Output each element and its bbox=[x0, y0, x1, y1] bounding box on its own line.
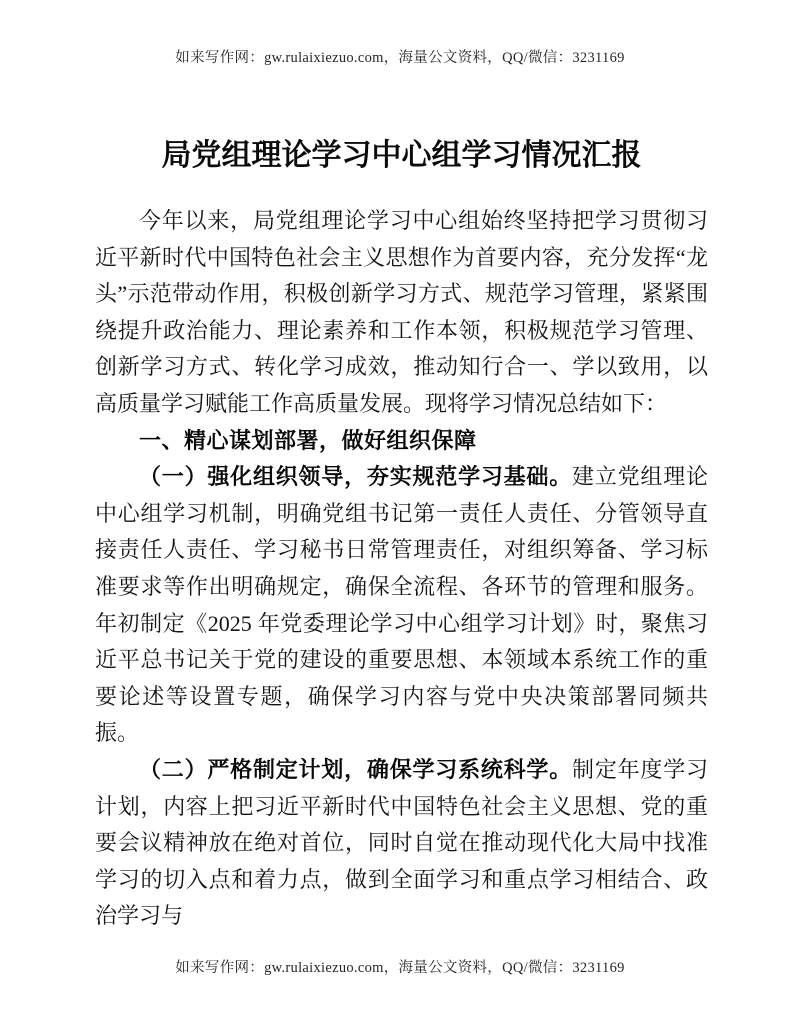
page-header-text: 如来写作网：gw.rulaixiezuo.com，海量公文资料，QQ/微信：32… bbox=[0, 46, 800, 67]
paragraph-1-2-lead: （二）严格制定计划，确保学习系统科学。 bbox=[139, 757, 572, 782]
paragraph-section-1-2: （二）严格制定计划，确保学习系统科学。制定年度学习计划，内容上把习近平新时代中国… bbox=[95, 752, 708, 935]
paragraph-1-1-lead: （一）强化组织领导，夯实规范学习基础。 bbox=[139, 464, 572, 489]
paragraph-section-1-1: （一）强化组织领导，夯实规范学习基础。建立党组理论中心组学习机制，明确党组书记第… bbox=[95, 459, 708, 752]
document-title: 局党组理论学习中心组学习情况汇报 bbox=[95, 136, 708, 176]
paragraph-1-1-body: 建立党组理论中心组学习机制，明确党组书记第一责任人责任、分管领导直接责任人责任、… bbox=[95, 464, 708, 745]
section-heading-1: 一、精心谋划部署，做好组织保障 bbox=[95, 423, 708, 460]
page-footer-text: 如来写作网：gw.rulaixiezuo.com，海量公文资料，QQ/微信：32… bbox=[0, 956, 800, 977]
paragraph-1-2-body: 制定年度学习计划，内容上把习近平新时代中国特色社会主义思想、党的重要会议精神放在… bbox=[95, 757, 708, 928]
document-content: 局党组理论学习中心组学习情况汇报 今年以来，局党组理论学习中心组始终坚持把学习贯… bbox=[95, 136, 708, 935]
document-page: 如来写作网：gw.rulaixiezuo.com，海量公文资料，QQ/微信：32… bbox=[0, 0, 800, 1035]
paragraph-intro: 今年以来，局党组理论学习中心组始终坚持把学习贯彻习近平新时代中国特色社会主义思想… bbox=[95, 203, 708, 423]
